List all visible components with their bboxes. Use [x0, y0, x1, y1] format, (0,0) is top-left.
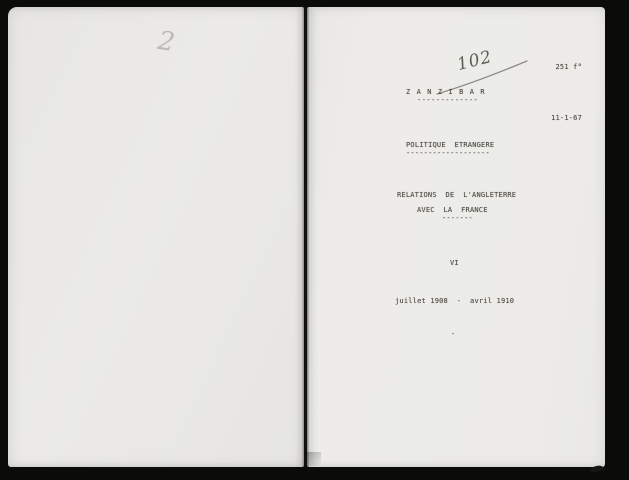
ink-speck: [590, 465, 604, 473]
scanned-register-spread: 2 251 f° 11-1-67 102 Z A N Z I B A R ---…: [0, 0, 629, 480]
gutter-bottom-shadow: [307, 452, 321, 466]
pencil-mark: 2: [156, 26, 177, 58]
date-range: juillet 1908 - avril 1910: [395, 297, 514, 305]
closing-dash: -: [451, 330, 455, 338]
subject-line-1: RELATIONS DE L'ANGLETERRE: [397, 191, 516, 199]
book-gutter-line: [305, 7, 306, 467]
subject-line-2: AVEC LA FRANCE: [417, 206, 488, 214]
country-title: Z A N Z I B A R: [406, 88, 486, 96]
subject-underline: -------: [442, 214, 473, 222]
date-code: 11-1-67: [520, 110, 582, 127]
section-title-underline: -------------------: [406, 149, 490, 157]
section-title: POLITIQUE ETRANGERE: [406, 141, 494, 149]
volume-numeral: VI: [450, 259, 459, 267]
country-title-underline: -------------: [417, 96, 478, 104]
page-left-blank: 2: [8, 7, 304, 467]
